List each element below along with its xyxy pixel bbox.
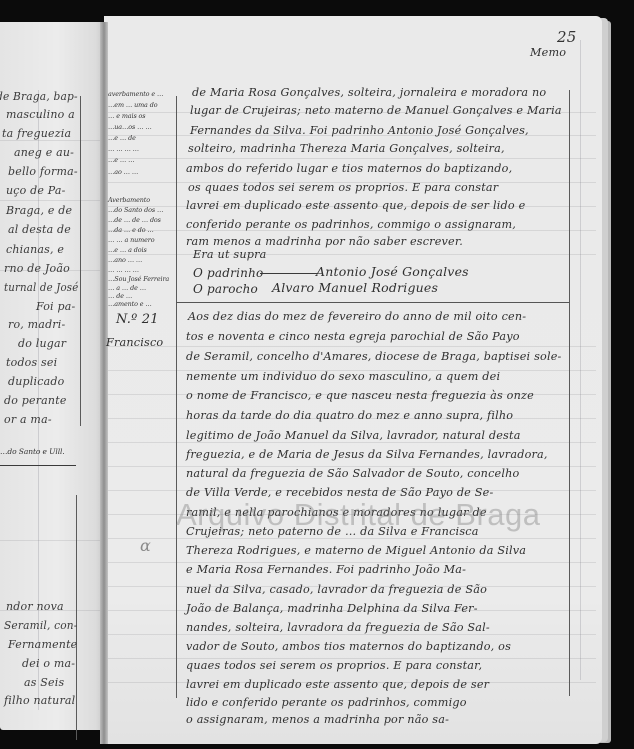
left-page-entry-separator [0,465,76,466]
margin-note-line: … e mais os [108,112,146,120]
left-line: filho natural [4,694,75,707]
left-line: do perante [4,394,67,407]
entry-line: lugar de Crujeiras; neto materno de Manu… [190,104,562,117]
entry-line: Aos dez dias do mez de fevereiro do anno… [188,310,526,323]
left-line: aneg e au- [14,146,74,159]
entry-line: os quaes todos sei serem os proprios. E … [188,181,498,194]
left-line: todos sei [6,356,57,369]
margin-note-line: …amento e … [108,300,152,308]
entry-line: tos e noventa e cinco nesta egreja paroc… [186,330,520,343]
left-line: Braga, e de [6,204,72,217]
entry-line: nuel da Silva, casado, lavrador da fregu… [186,583,487,596]
left-line: or a ma- [4,413,52,426]
left-line: de Braga, bap- [0,90,78,103]
entry-line: nandes, solteira, lavradora da freguezia… [186,621,490,634]
right-page-outer-rule [569,90,570,696]
margin-note-line: … a … de … [108,284,146,292]
margin-note-line: Averbamento [108,196,150,204]
signature-name: Antonio José Gonçalves [316,264,469,279]
entry-line: lavrei em duplicado este assento que, de… [186,678,489,691]
signature-name: Alvaro Manuel Rodrigues [272,280,438,295]
margin-note-line: …ua…os … … [108,123,152,131]
entry-line: vador de Souto, ambos tios maternos do b… [186,640,511,653]
entry-line: solteiro, madrinha Thereza Maria Gonçalv… [188,142,505,155]
margin-note-line: …da … e do … [108,226,154,234]
margin-note-line: …do Santo dos … [108,206,163,214]
left-line: chianas, e [6,243,64,256]
entry-line: quaes todos sei serem os proprios. E par… [186,659,482,672]
pencil-mark: ɑ [140,536,151,555]
book-gutter [100,22,108,744]
entry-line: Thereza Rodrigues, e materno de Miguel A… [186,544,526,557]
margin-note-line: …ao … … [108,168,138,176]
right-page-margin-rule [176,96,177,698]
left-line: ndor nova [6,600,64,613]
left-line: ro, madri- [8,318,65,331]
margin-note-line: … … … … [108,266,139,274]
era-ut-supra: Era ut supra [193,248,267,261]
entry-line: de Seramil, concelho d'Amares, diocese d… [186,350,562,363]
margin-note-line: …Sou José Ferreira [108,275,169,283]
entry-line: o nome de Francisco, e que nasceu nesta … [186,389,534,402]
archive-watermark: Arquivo Distrital de Braga [176,497,541,533]
left-line: Seramil, con- [4,619,78,632]
margin-note-line: …em … uma do [108,101,157,109]
left-line: Fernamente [8,638,77,651]
folio-number: 25 [557,28,577,46]
left-line: uço de Pa- [6,184,66,197]
margin-note-line: …e … … [108,156,134,164]
entry-line: horas da tarde do dia quatro do mez e an… [186,409,513,422]
margin-note-line: … … a numero [108,236,154,244]
left-line: bello forma- [8,165,78,178]
margin-note-line: … de … [108,292,132,300]
left-line: dei o ma- [22,657,75,670]
left-line: do lugar [18,337,66,350]
entry-line: Fernandes da Silva. Foi padrinho Antonio… [190,124,529,137]
left-line: ta freguezia [2,127,71,140]
left-page-margin-rule-lower [76,495,77,740]
signature-role: O parocho [193,282,258,296]
margin-note-line: … … … … [108,145,139,153]
margin-note-line: …de … de … dos [108,216,161,224]
left-signature-line: …do Santo e Ulll. [0,447,65,456]
entry-line: ambos do referido lugar e tios maternos … [186,162,512,175]
margin-note-line: …ano … … [108,256,142,264]
entry-line: ram menos a madrinha por não saber escre… [186,235,463,248]
left-line: duplicado [8,375,64,388]
entry-line: legitimo de João Manuel da Silva, lavrad… [186,429,521,442]
left-line: masculino a [6,108,75,121]
entry-line: conferido perante os padrinhos, commigo … [186,218,516,231]
left-line: turnal de José [4,281,78,294]
entry-number: N.º 21 [116,312,159,327]
entry-separator [176,302,569,303]
left-line: Foi pa- [36,300,75,313]
margin-note-line: …e … de [108,134,136,142]
entry-line: freguezia, e de Maria de Jesus da Silva … [186,448,548,461]
folio-label: Memo [530,46,566,59]
entry-line: o assignaram, menos a madrinha por não s… [186,713,449,726]
entry-baptized-name: Francisco [106,336,163,349]
left-page-margin-rule [80,96,81,426]
entry-line: nemente um individuo do sexo masculino, … [186,370,500,383]
entry-line: João de Balança, madrinha Delphina da Si… [186,602,478,615]
document-scan: 25 Memo de Braga, bap- masculino a ta fr… [0,0,634,749]
margin-note-line: averbamento e … [108,90,163,98]
signature-role: O padrinho [193,266,263,280]
margin-note-line: …e … a dois [108,246,147,254]
left-line: al desta de [8,223,71,236]
entry-line: lavrei em duplicado este assento que, de… [186,199,525,212]
left-line: as Seis [24,676,64,689]
entry-line: lido e conferido perante os padrinhos, c… [186,696,467,709]
left-line: rno de João [4,262,70,275]
entry-line: natural da freguezia de São Salvador de … [186,467,519,480]
entry-line: e Maria Rosa Fernandes. Foi padrinho Joã… [186,563,466,576]
entry-line: de Maria Rosa Gonçalves, solteira, jorna… [192,86,546,99]
